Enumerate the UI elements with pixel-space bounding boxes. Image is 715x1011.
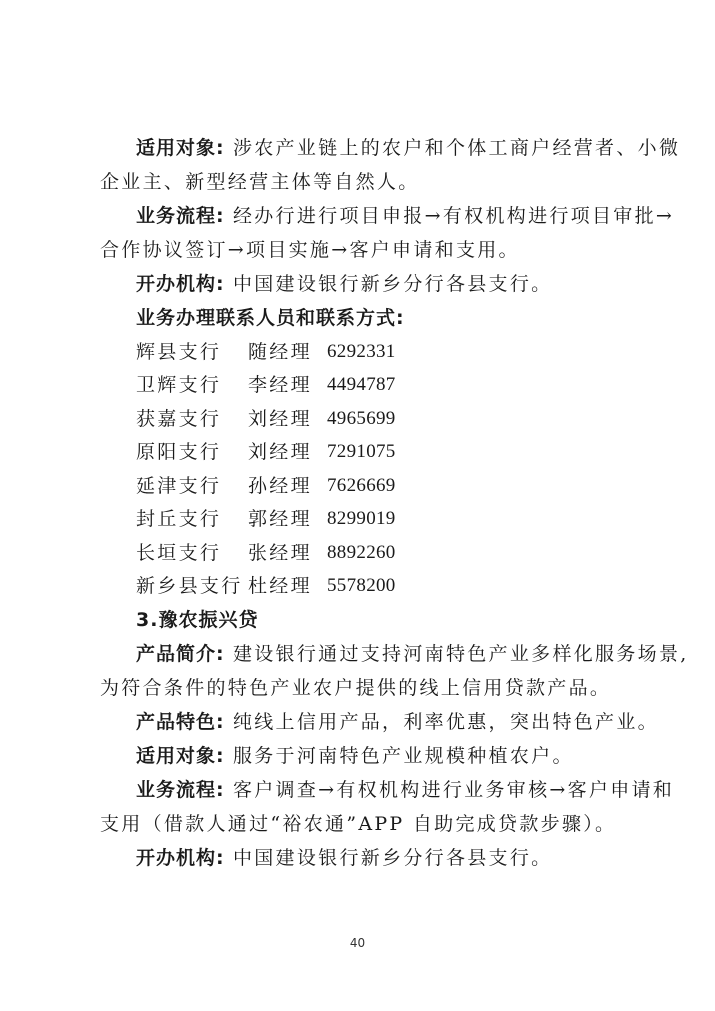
applicable-paragraph-line2: 企业主、新型经营主体等自然人。	[100, 170, 645, 194]
product-features-label: 产品特色:	[136, 711, 225, 733]
product-title: 3.豫农振兴贷	[136, 608, 646, 632]
applicable-paragraph-line1: 适用对象: 涉农产业链上的农户和个体工商户经营者、小微	[136, 136, 646, 160]
process-label: 业务流程:	[136, 205, 225, 227]
applicable-label: 适用对象:	[136, 137, 225, 159]
product-process-text: 客户调查→有权机构进行业务审核→客户申请和	[225, 779, 674, 801]
contacts-heading: 业务办理联系人员和联系方式:	[136, 306, 646, 330]
contact-branch: 长垣支行	[136, 541, 221, 565]
contact-branch: 辉县支行	[136, 340, 221, 364]
institution-text: 中国建设银行新乡分行各县支行。	[225, 273, 553, 295]
contact-manager: 孙经理	[248, 474, 312, 498]
product-process-line2: 支用（借款人通过“裕农通”APP 自助完成贷款步骤）。	[100, 812, 645, 836]
process-text: 经办行进行项目申报→有权机构进行项目审批→	[225, 205, 674, 227]
product-institution-label: 开办机构:	[136, 847, 225, 869]
contact-manager: 郭经理	[248, 507, 312, 531]
product-process-line1: 业务流程: 客户调查→有权机构进行业务审核→客户申请和	[136, 778, 646, 802]
institution-label: 开办机构:	[136, 273, 225, 295]
contact-manager: 刘经理	[248, 407, 312, 431]
product-applicable: 适用对象: 服务于河南特色产业规模种植农户。	[136, 744, 646, 768]
contact-branch: 新乡县支行	[136, 574, 243, 598]
contact-manager: 张经理	[248, 541, 312, 565]
contact-branch: 封丘支行	[136, 507, 221, 531]
contact-phone: 4494787	[327, 373, 396, 397]
contact-phone: 8892260	[327, 541, 396, 565]
contact-branch: 原阳支行	[136, 440, 221, 464]
contact-manager: 刘经理	[248, 440, 312, 464]
process-paragraph-line2: 合作协议签订→项目实施→客户申请和支用。	[100, 238, 645, 262]
contact-manager: 杜经理	[248, 574, 312, 598]
product-process-label: 业务流程:	[136, 779, 225, 801]
contact-phone: 6292331	[327, 340, 396, 364]
product-intro-line1: 产品简介: 建设银行通过支持河南特色产业多样化服务场景,	[136, 642, 646, 666]
page-number: 40	[0, 936, 715, 950]
applicable-text: 涉农产业链上的农户和个体工商户经营者、小微	[225, 137, 681, 159]
contact-phone: 7626669	[327, 474, 396, 498]
product-intro-text: 建设银行通过支持河南特色产业多样化服务场景,	[225, 643, 689, 665]
product-institution-text: 中国建设银行新乡分行各县支行。	[225, 847, 553, 869]
contact-branch: 卫辉支行	[136, 373, 221, 397]
product-intro-line2: 为符合条件的特色产业农户提供的线上信用贷款产品。	[100, 676, 645, 700]
contact-phone: 7291075	[327, 440, 396, 464]
contact-manager: 李经理	[248, 373, 312, 397]
document-page: 适用对象: 涉农产业链上的农户和个体工商户经营者、小微 企业主、新型经营主体等自…	[0, 0, 715, 1011]
contact-branch: 延津支行	[136, 474, 221, 498]
contact-manager: 随经理	[248, 340, 312, 364]
contact-phone: 4965699	[327, 407, 396, 431]
product-features: 产品特色: 纯线上信用产品，利率优惠，突出特色产业。	[136, 710, 646, 734]
process-paragraph-line1: 业务流程: 经办行进行项目申报→有权机构进行项目审批→	[136, 204, 646, 228]
institution-paragraph: 开办机构: 中国建设银行新乡分行各县支行。	[136, 272, 646, 296]
contact-branch: 获嘉支行	[136, 407, 221, 431]
contact-phone: 5578200	[327, 574, 396, 598]
product-applicable-text: 服务于河南特色产业规模种植农户。	[225, 745, 574, 767]
product-intro-label: 产品简介:	[136, 643, 225, 665]
contact-phone: 8299019	[327, 507, 396, 531]
product-applicable-label: 适用对象:	[136, 745, 225, 767]
product-features-text: 纯线上信用产品，利率优惠，突出特色产业。	[225, 711, 659, 733]
product-institution: 开办机构: 中国建设银行新乡分行各县支行。	[136, 846, 646, 870]
